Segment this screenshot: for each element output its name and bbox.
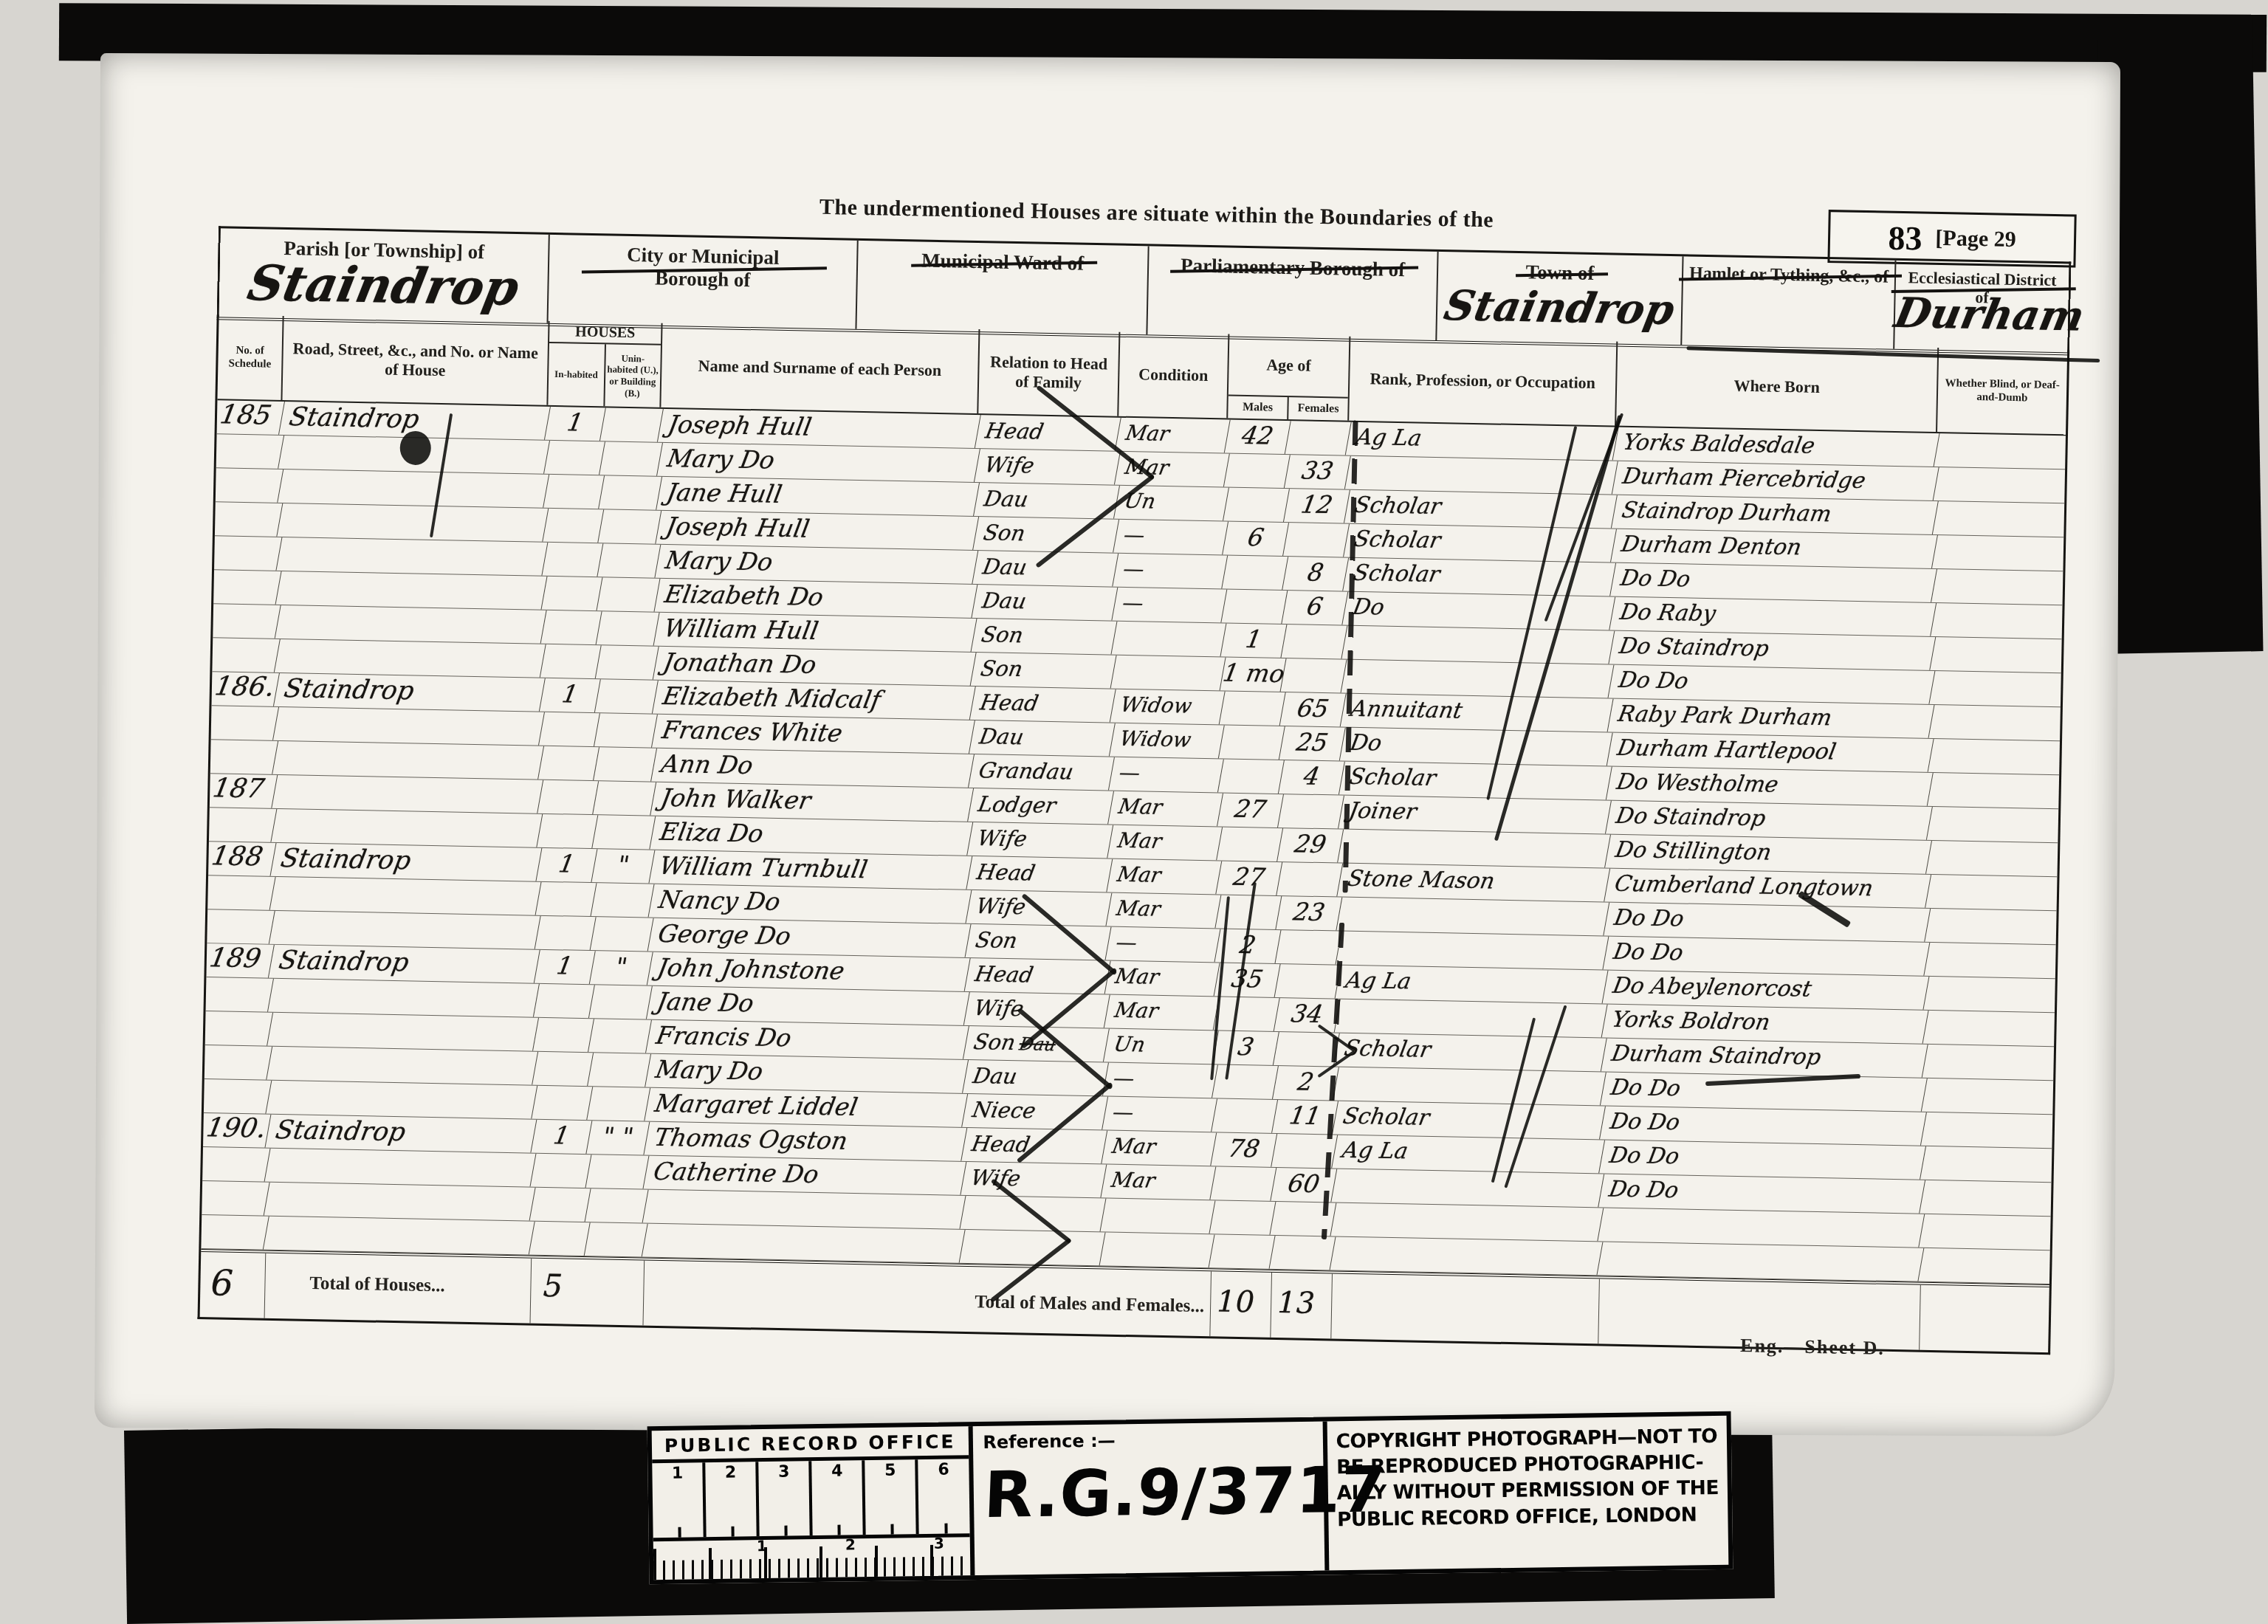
relation-struck [1029,559,1033,579]
relation-value: Dau [981,554,1029,579]
uninhabited-mark [594,713,658,747]
infirm-cell [1923,1146,2052,1182]
person-name: Elizabeth Do [654,579,977,618]
age-male [1210,1166,1276,1200]
road-name [275,605,547,644]
uninhabited-mark [585,1188,649,1222]
col-occupation: Rank, Profession, or Occupation [1349,337,1618,426]
relation-struck [1058,796,1062,817]
person-name: Mary Do [657,443,980,482]
relation-cell: Dau [972,585,1118,621]
uninhabited-mark [597,543,661,577]
age-female: 12 [1284,489,1350,523]
relation-cell: Wife [961,1162,1107,1198]
relation-value: Head [983,418,1045,444]
road-name [272,741,544,780]
age-male [1223,488,1290,522]
uninhabited-mark: " [590,951,653,985]
age-male: 78 [1211,1132,1277,1166]
pro-reference-section: Reference :— R.G.9/3717 [972,1421,1329,1575]
road-name: Staindrop [271,843,543,881]
road-name [267,1013,539,1051]
age-male [1217,828,1283,861]
schedule-number [200,1147,271,1182]
occupation-value [1335,999,1608,1038]
where-born-value: Raby Park Durham [1608,699,1935,738]
person-name: John Walker [650,782,974,822]
road-name [275,639,546,678]
col-females: Females [1288,397,1348,421]
census-form: The undermentioned Houses are situate wi… [198,226,2066,1333]
schedule-number [212,502,283,537]
uninhabited-mark [599,441,663,475]
col-relation: Relation to Head of Family [978,329,1120,416]
where-born-value: Do Do [1598,1174,1925,1214]
hamlet-cell: Hamlet or Tything, &c., of [1682,256,1896,349]
person-name: Thomas Ogston [644,1122,967,1161]
relation-struck [1025,626,1029,647]
schedule-number: 187 [207,774,278,808]
where-born-value: Do Staindrop [1609,631,1936,670]
census-table: No. of Schedule Road, Street, &c., and N… [198,314,2070,1355]
occupation-value: Ag La [1332,1135,1605,1174]
where-born-value: Do Raby [1609,597,1937,636]
occupation-value [1341,626,1615,664]
condition-value [1111,622,1226,657]
pro-copyright-section: COPYRIGHT PHOTOGRAPH—NOT TO BE REPRODUCE… [1327,1416,1728,1571]
age-female: 33 [1285,455,1351,489]
infirm-cell [1921,1248,2050,1284]
where-born-value: Do Do [1599,1140,1926,1180]
age-female: 6 [1282,591,1348,625]
relation-value: Niece [970,1097,1037,1124]
relation-value: Wife [969,1165,1023,1191]
age-male [1209,1234,1276,1268]
infirm-cell [1923,1112,2052,1148]
relation-cell: Son [971,653,1117,689]
relation-struck [973,1202,977,1223]
relation-value: Son [981,520,1027,546]
inhabited-mark [542,577,603,610]
road-name [270,877,542,915]
infirm-cell [1922,1214,2051,1250]
condition-value: Un [1104,1029,1219,1064]
schedule-number [202,1045,272,1080]
occupation-value: Stone Mason [1337,864,1610,902]
relation-struck [1025,728,1029,749]
totals-infirm-blank [1920,1285,2049,1352]
totals-occupation-blank [1331,1273,1600,1343]
schedule-number [199,1181,270,1216]
person-name: Margaret Liddel [645,1088,968,1127]
ruler-inch-2: 2 [705,1462,759,1537]
age-female [1285,421,1352,455]
col-name: Name and Surname of each Person [661,323,980,413]
person-name: William Turnbull [649,850,972,890]
occupation-value [1338,830,1611,868]
pro-office-title: PUBLIC RECORD OFFICE [652,1426,969,1463]
total-persons-label: Total of Males and Females... [643,1261,1212,1337]
schedule-number: 189 [204,943,275,978]
road-name [276,571,548,610]
person-name [642,1224,966,1263]
age-male [1212,1064,1279,1098]
condition-value: Mar [1115,452,1230,487]
col-houses-group: HOUSES In-habited Unin-habited (U.), or … [548,321,662,407]
uninhabited-mark [589,985,653,1019]
town-value: Staindrop [1433,281,1686,334]
infirm-cell [1928,909,2057,944]
relation-value: Son [974,927,1020,953]
inhabited-mark [536,882,597,916]
where-born-value: Durham Denton [1611,529,1938,568]
person-name: Francis Do [646,1020,969,1059]
ecclesiastical-cell: Ecclesiastical District of Durham [1894,261,2069,352]
uninhabited-mark [594,747,657,781]
uninhabited-mark [597,611,660,645]
age-male: 42 [1225,420,1291,454]
schedule-number [208,706,279,740]
infirm-cell [1931,739,2060,774]
hamlet-label: Hamlet or Tything, &c., of [1683,264,1894,288]
uninhabited-mark [595,679,659,713]
inhabited-mark [540,644,602,678]
person-name: John Johnstone [647,952,971,991]
infirm-cell [1934,603,2063,639]
age-male [1224,454,1291,488]
uninhabited-mark [600,407,664,441]
condition-value [1111,656,1226,691]
inhabited-mark [530,1188,591,1222]
age-female [1276,862,1343,896]
age-female [1275,930,1341,964]
condition-value: Mar [1108,791,1223,827]
relation-struck [1035,966,1039,987]
person-name: Frances White [652,715,975,754]
age-female: 23 [1276,896,1342,930]
relation-value: Head [970,1131,1032,1157]
condition-value: Mar [1101,1165,1216,1200]
relation-value: Dau [971,1063,1019,1089]
borough-label: City or Municipal Borough of [585,243,819,293]
where-born-value: Do Do [1600,1107,1927,1146]
person-name: Elizabeth Midcalf [653,681,976,720]
age-female [1281,625,1347,658]
ruler-cm-2: 2 [845,1535,856,1553]
inhabited-mark [535,916,597,950]
uninhabited-mark [585,1222,648,1256]
road-name [277,503,549,542]
infirm-cell [1929,841,2058,876]
road-name: Staindrop [274,673,546,712]
col-males: Males [1228,396,1289,420]
relation-struck [1037,864,1041,885]
relation-cell: Grandau [969,754,1115,791]
condition-value: — [1109,757,1224,793]
schedule-number [205,875,276,910]
col-road: Road, Street, &c., and No. or Name of Ho… [282,316,549,405]
where-born-value: Staindrop Durham [1612,495,1939,534]
relation-struck [1040,695,1044,715]
infirm-cell [1931,705,2061,740]
inhabited-mark: 1 [535,950,596,984]
relation-struck [972,1236,976,1257]
reference-label: Reference :— [983,1428,1312,1453]
person-name: Joseph Hull [658,409,981,448]
relation-cell: Niece [962,1094,1108,1130]
where-born-value [1598,1208,1925,1248]
person-name: Nancy Do [649,884,972,923]
occupation-value: Scholar [1339,762,1612,800]
age-male: 35 [1214,963,1281,997]
inhabited-mark: 1 [540,678,601,712]
age-female [1270,1236,1336,1270]
ink-blot [400,431,431,465]
condition-value: — [1113,554,1228,589]
infirm-cell [1929,807,2058,842]
relation-value: Wife [972,995,1025,1021]
condition-value: Widow [1110,723,1225,759]
uninhabited-mark [591,917,654,951]
person-name: Mary Do [645,1054,969,1093]
age-female: 29 [1277,828,1344,862]
relation-cell: Son [973,517,1119,553]
census-page-paper: The undermentioned Houses are situate wi… [94,53,2120,1437]
occupation-value: Ag La [1336,966,1609,1004]
inhabited-mark [544,441,605,475]
parish-value: Staindrop [214,253,553,317]
where-born-value: Do Do [1603,937,1930,976]
condition-value: — [1113,520,1228,555]
road-name [269,911,541,949]
total-houses-value: 5 [531,1259,645,1326]
infirm-cell [1934,535,2063,571]
road-name [266,1081,537,1119]
ruler-cm-1: 1 [757,1537,767,1555]
person-name: George Do [648,918,972,957]
schedule-number [213,468,283,503]
inhabited-mark: 1 [531,1120,592,1154]
infirm-cell [1928,875,2058,910]
infirm-cell [1926,977,2055,1012]
ruler-inch-3: 3 [758,1461,812,1536]
inhabited-mark [533,1018,594,1052]
relation-value: Head [978,689,1040,715]
schedule-number [211,536,282,571]
inhabited-mark [543,509,604,543]
table-body: 185 Staindrop 1 Joseph Hull Head Mar 42 … [201,400,2066,1284]
person-name: Mary Do [655,545,978,584]
relation-value: Grandau [977,757,1076,784]
schedule-number [203,977,274,1012]
relation-struck [1037,457,1040,478]
schedule-number [201,1079,272,1114]
parish-cell: Parish [or Township] of Staindrop [219,228,550,323]
parliamentary-cell: Parliamentary Borough of [1147,246,1438,340]
where-born-value: Do Stillington [1605,835,1932,874]
col-condition: Condition [1118,332,1229,419]
occupation-value: Do [1342,592,1615,630]
age-male [1218,760,1285,794]
uninhabited-mark [591,883,655,917]
ward-cell: Municipal Ward of [856,241,1149,335]
relation-struck [1023,1169,1026,1190]
total-houses-label: Total of Houses... [265,1253,532,1324]
condition-value: — [1102,1097,1217,1132]
schedule-number: 190. [200,1113,271,1148]
infirm-cell [1937,433,2066,469]
page-title: The undermentioned Houses are situate wi… [602,190,1710,237]
condition-value [1100,1199,1215,1234]
person-name: Eliza Do [650,816,973,856]
relation-cell [960,1230,1106,1266]
age-female: 34 [1274,998,1341,1032]
occupation-value: Scholar [1344,490,1618,529]
age-group-title: Age of [1228,334,1350,397]
schedule-total: 6 [200,1252,267,1318]
relation-cell: Head [966,856,1113,892]
relation-value: Head [975,859,1037,885]
occupation-value: Scholar [1333,1101,1606,1140]
age-female [1278,794,1344,828]
road-name [264,1183,536,1221]
relation-cell: Lodger [968,788,1114,825]
road-name [276,537,548,576]
inhabited-mark [529,1222,591,1256]
relation-value: Head [973,961,1035,987]
age-male: 27 [1217,794,1284,828]
where-born-value: Do Westholme [1606,767,1934,806]
road-name [265,1149,537,1187]
relation-struck [1046,423,1050,444]
where-born-value [1597,1242,1924,1281]
uninhabited-mark [588,1019,652,1053]
inhabited-mark [534,984,595,1018]
road-name [267,1047,538,1085]
condition-value: — [1112,588,1227,623]
schedule-number [207,740,278,774]
schedule-number [206,808,277,842]
condition-value: Mar [1105,961,1220,997]
infirm-cell [1925,1011,2055,1046]
infirm-cell [1933,637,2062,672]
relation-cell: Dau [969,720,1116,757]
occupation-value: Ag La [1346,422,1619,461]
road-name: Staindrop [265,1115,537,1153]
relation-value: Son [980,622,1025,647]
road-name [268,979,540,1017]
schedule-number [210,604,281,639]
relation-value: Dau [977,723,1025,749]
ruler-inch-6: 6 [918,1459,969,1534]
folio-number: 83 [1888,218,1922,258]
relation-cell: Wife [975,449,1121,485]
age-female: 25 [1279,726,1346,760]
infirm-cell [1924,1078,2053,1114]
condition-value: Mar [1116,418,1231,453]
schedule-number: 186. [209,672,280,706]
condition-value: Mar [1106,893,1221,929]
road-name [264,1217,535,1255]
relation-struck [1025,660,1028,681]
reference-number: R.G.9/3717 [983,1454,1315,1532]
col-uninhabited: Unin-habited (U.), or Building (B.) [605,344,661,407]
road-name: Staindrop [269,945,540,983]
inhabited-mark [543,475,605,509]
relation-cell: Dau [974,483,1120,519]
age-male: 1 [1220,624,1287,658]
age-male: 1 mo [1220,658,1287,692]
age-male: 6 [1223,522,1289,556]
schedule-number [205,909,275,944]
inhabited-mark [530,1154,591,1188]
occupation-value [1330,1203,1604,1242]
occupation-value [1331,1169,1604,1208]
age-female: 8 [1282,557,1349,591]
person-name: Jonathan Do [653,647,977,686]
relation-struck [1020,1067,1023,1088]
relation-cell: Son [972,619,1118,655]
ruler-inch-5: 5 [865,1459,919,1535]
relation-struck [1031,491,1034,512]
uninhabited-mark [599,475,662,509]
relation-value: Wife [975,893,1028,919]
page-number-label: [Page 29 [1935,226,2016,252]
age-male [1221,590,1288,624]
age-female [1274,1032,1340,1066]
inhabited-mark [542,543,603,577]
inhabited-mark [532,1052,594,1086]
age-female [1275,964,1341,998]
col-age-group: Age of Males Females [1228,334,1350,421]
where-born-value: Do Staindrop [1606,801,1933,840]
inhabited-mark [537,814,598,848]
pro-reference-stamp: PUBLIC RECORD OFFICE 1 2 3 4 5 6 1 2 3 R… [647,1411,1733,1584]
uninhabited-mark [593,781,656,815]
schedule-number: 188 [206,842,277,876]
relation-struck [1029,830,1033,851]
relation-struck [1076,763,1079,784]
pro-ruler-section: PUBLIC RECORD OFFICE 1 2 3 4 5 6 1 2 3 [652,1426,975,1580]
uninhabited-mark [585,1155,649,1188]
condition-value: — [1103,1063,1218,1098]
schedule-number: 185 [214,400,285,435]
condition-value: — [1106,927,1221,963]
infirm-cell [1930,773,2059,808]
occupation-value [1345,456,1618,495]
schedule-number [211,570,282,605]
inhabited-mark [537,780,599,814]
col-inhabited: In-habited [548,343,605,406]
ruler-inch-4: 4 [812,1460,866,1535]
ruler-cm-3: 3 [934,1535,944,1552]
relation-cell: Wife [967,822,1113,859]
where-born-value: Do Do [1608,665,1935,704]
age-female [1281,658,1347,692]
inhabited-mark [538,746,599,780]
infirm-cell [1934,569,2063,605]
relation-value [969,1199,973,1224]
relation-struck [1020,932,1023,952]
infirm-cell [1932,671,2061,706]
uninhabited-mark [592,815,656,849]
uninhabited-mark: " [591,849,655,883]
where-born-value: Yorks Baldesdale [1613,427,1940,467]
photo-edge-right [2097,15,2263,654]
houses-group-title: HOUSES [549,321,661,345]
ruler-inch-1: 1 [652,1462,706,1538]
occupation-value [1336,898,1609,936]
